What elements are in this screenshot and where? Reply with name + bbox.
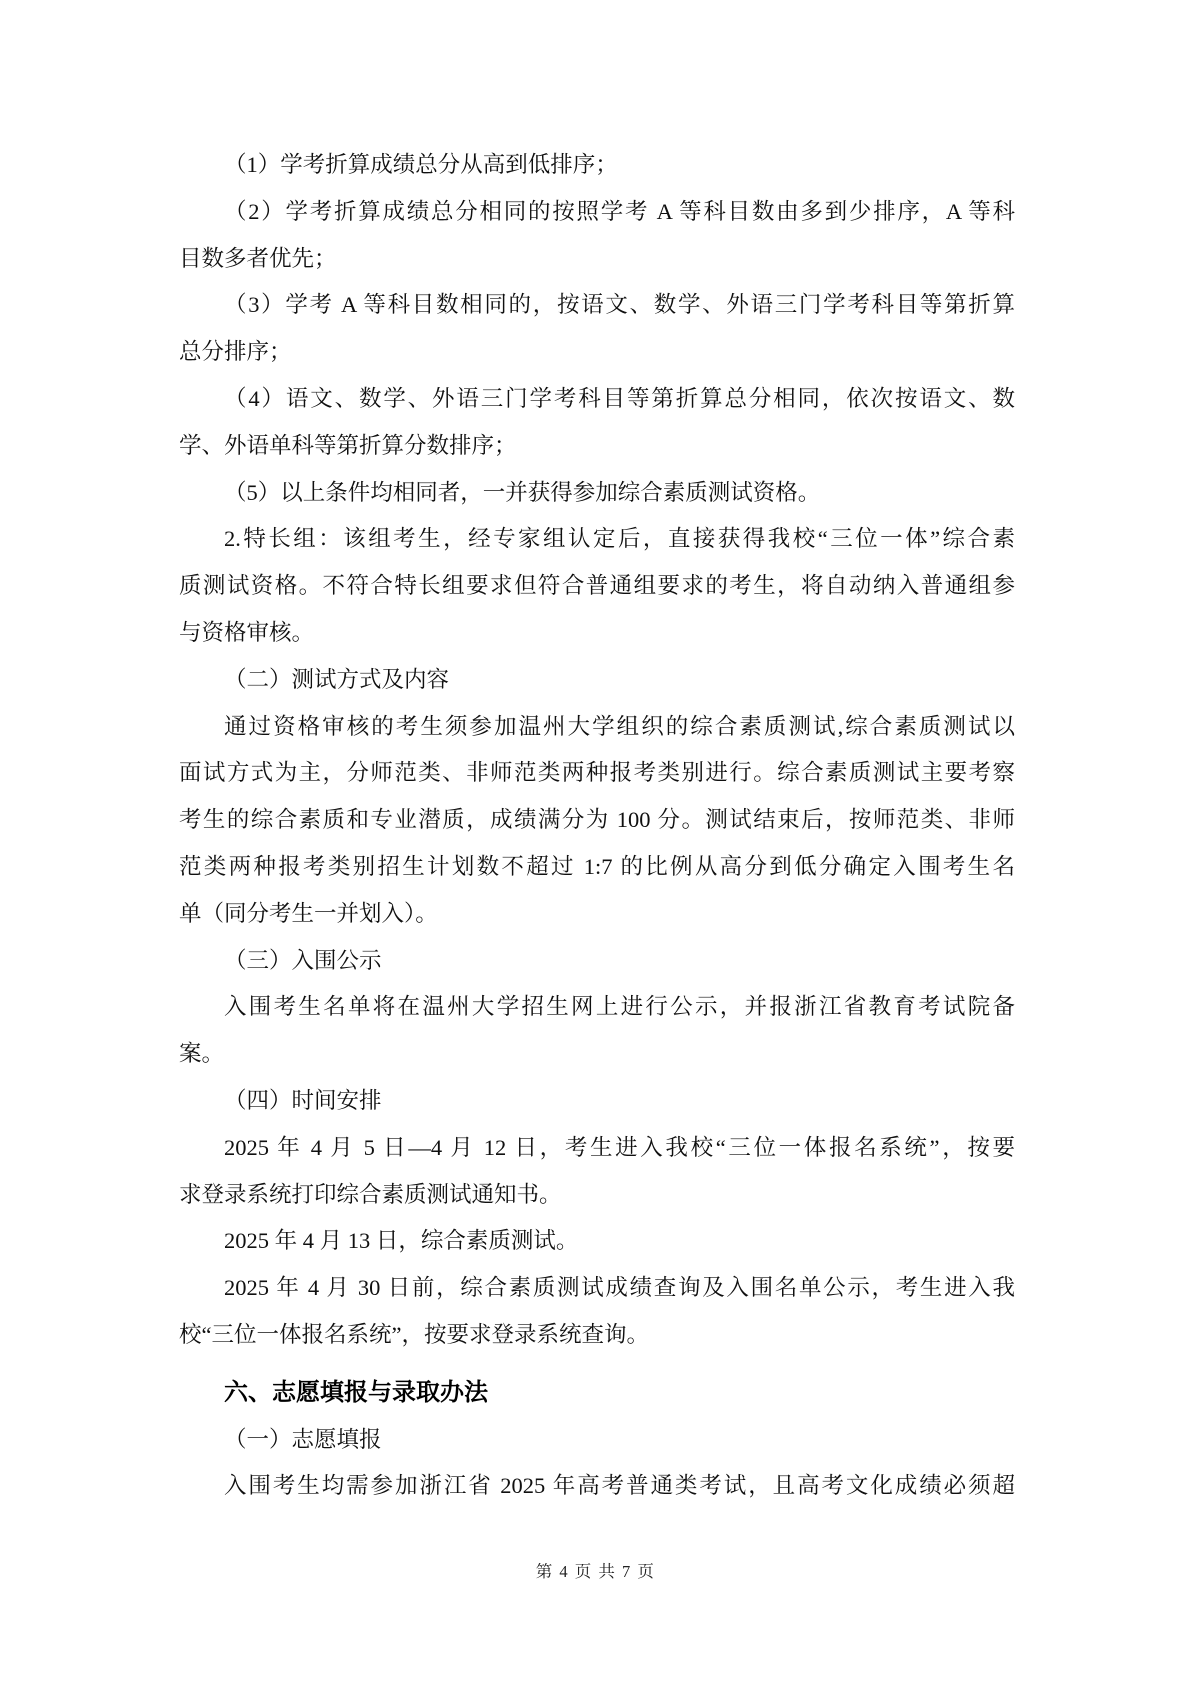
text-line: （4）语文、数学、外语三门学考科目等第折算总分相同，依次按语文、数 <box>179 376 1015 423</box>
text-line: （三）入围公示 <box>179 938 1015 985</box>
document-body: （1）学考折算成绩总分从高到低排序；（2）学考折算成绩总分相同的按照学考 A 等… <box>179 142 1015 1510</box>
text-line: 2025 年 4 月 13 日，综合素质测试。 <box>179 1218 1015 1265</box>
text-line: （二）测试方式及内容 <box>179 657 1015 704</box>
page-footer: 第 4 页 共 7 页 <box>0 1558 1191 1582</box>
text-line: 与资格审核。 <box>179 610 1015 657</box>
text-line: 求登录系统打印综合素质测试通知书。 <box>179 1172 1015 1219</box>
text-line: 范类两种报考类别招生计划数不超过 1:7 的比例从高分到低分确定入围考生名 <box>179 844 1015 891</box>
text-line: 学、外语单科等第折算分数排序； <box>179 423 1015 470</box>
text-line: 质测试资格。不符合特长组要求但符合普通组要求的考生，将自动纳入普通组参 <box>179 563 1015 610</box>
text-line: 目数多者优先； <box>179 236 1015 283</box>
text-line: 校“三位一体报名系统”，按要求登录系统查询。 <box>179 1312 1015 1359</box>
text-line: 入围考生均需参加浙江省 2025 年高考普通类考试，且高考文化成绩必须超 <box>179 1463 1015 1510</box>
text-line: （一）志愿填报 <box>179 1417 1015 1464</box>
text-line: 案。 <box>179 1031 1015 1078</box>
text-line: （3）学考 A 等科目数相同的，按语文、数学、外语三门学考科目等第折算 <box>179 282 1015 329</box>
text-line: 总分排序； <box>179 329 1015 376</box>
text-line: 单（同分考生一并划入）。 <box>179 891 1015 938</box>
text-line: 2025 年 4 月 5 日—4 月 12 日，考生进入我校“三位一体报名系统”… <box>179 1125 1015 1172</box>
text-line: 入围考生名单将在温州大学招生网上进行公示，并报浙江省教育考试院备 <box>179 984 1015 1031</box>
text-line: 考生的综合素质和专业潜质，成绩满分为 100 分。测试结束后，按师范类、非师 <box>179 797 1015 844</box>
text-line: （1）学考折算成绩总分从高到低排序； <box>179 142 1015 189</box>
document-page: （1）学考折算成绩总分从高到低排序；（2）学考折算成绩总分相同的按照学考 A 等… <box>0 0 1191 1684</box>
section-heading: 六、志愿填报与录取办法 <box>179 1370 1015 1417</box>
text-line: （5）以上条件均相同者，一并获得参加综合素质测试资格。 <box>179 470 1015 517</box>
text-line: 通过资格审核的考生须参加温州大学组织的综合素质测试,综合素质测试以 <box>179 704 1015 751</box>
text-line: 2025 年 4 月 30 日前，综合素质测试成绩查询及入围名单公示，考生进入我 <box>179 1265 1015 1312</box>
text-line: 面试方式为主，分师范类、非师范类两种报考类别进行。综合素质测试主要考察 <box>179 750 1015 797</box>
text-line: 2.特长组：该组考生，经专家组认定后，直接获得我校“三位一体”综合素 <box>179 516 1015 563</box>
text-line: （2）学考折算成绩总分相同的按照学考 A 等科目数由多到少排序，A 等科 <box>179 189 1015 236</box>
text-line: （四）时间安排 <box>179 1078 1015 1125</box>
